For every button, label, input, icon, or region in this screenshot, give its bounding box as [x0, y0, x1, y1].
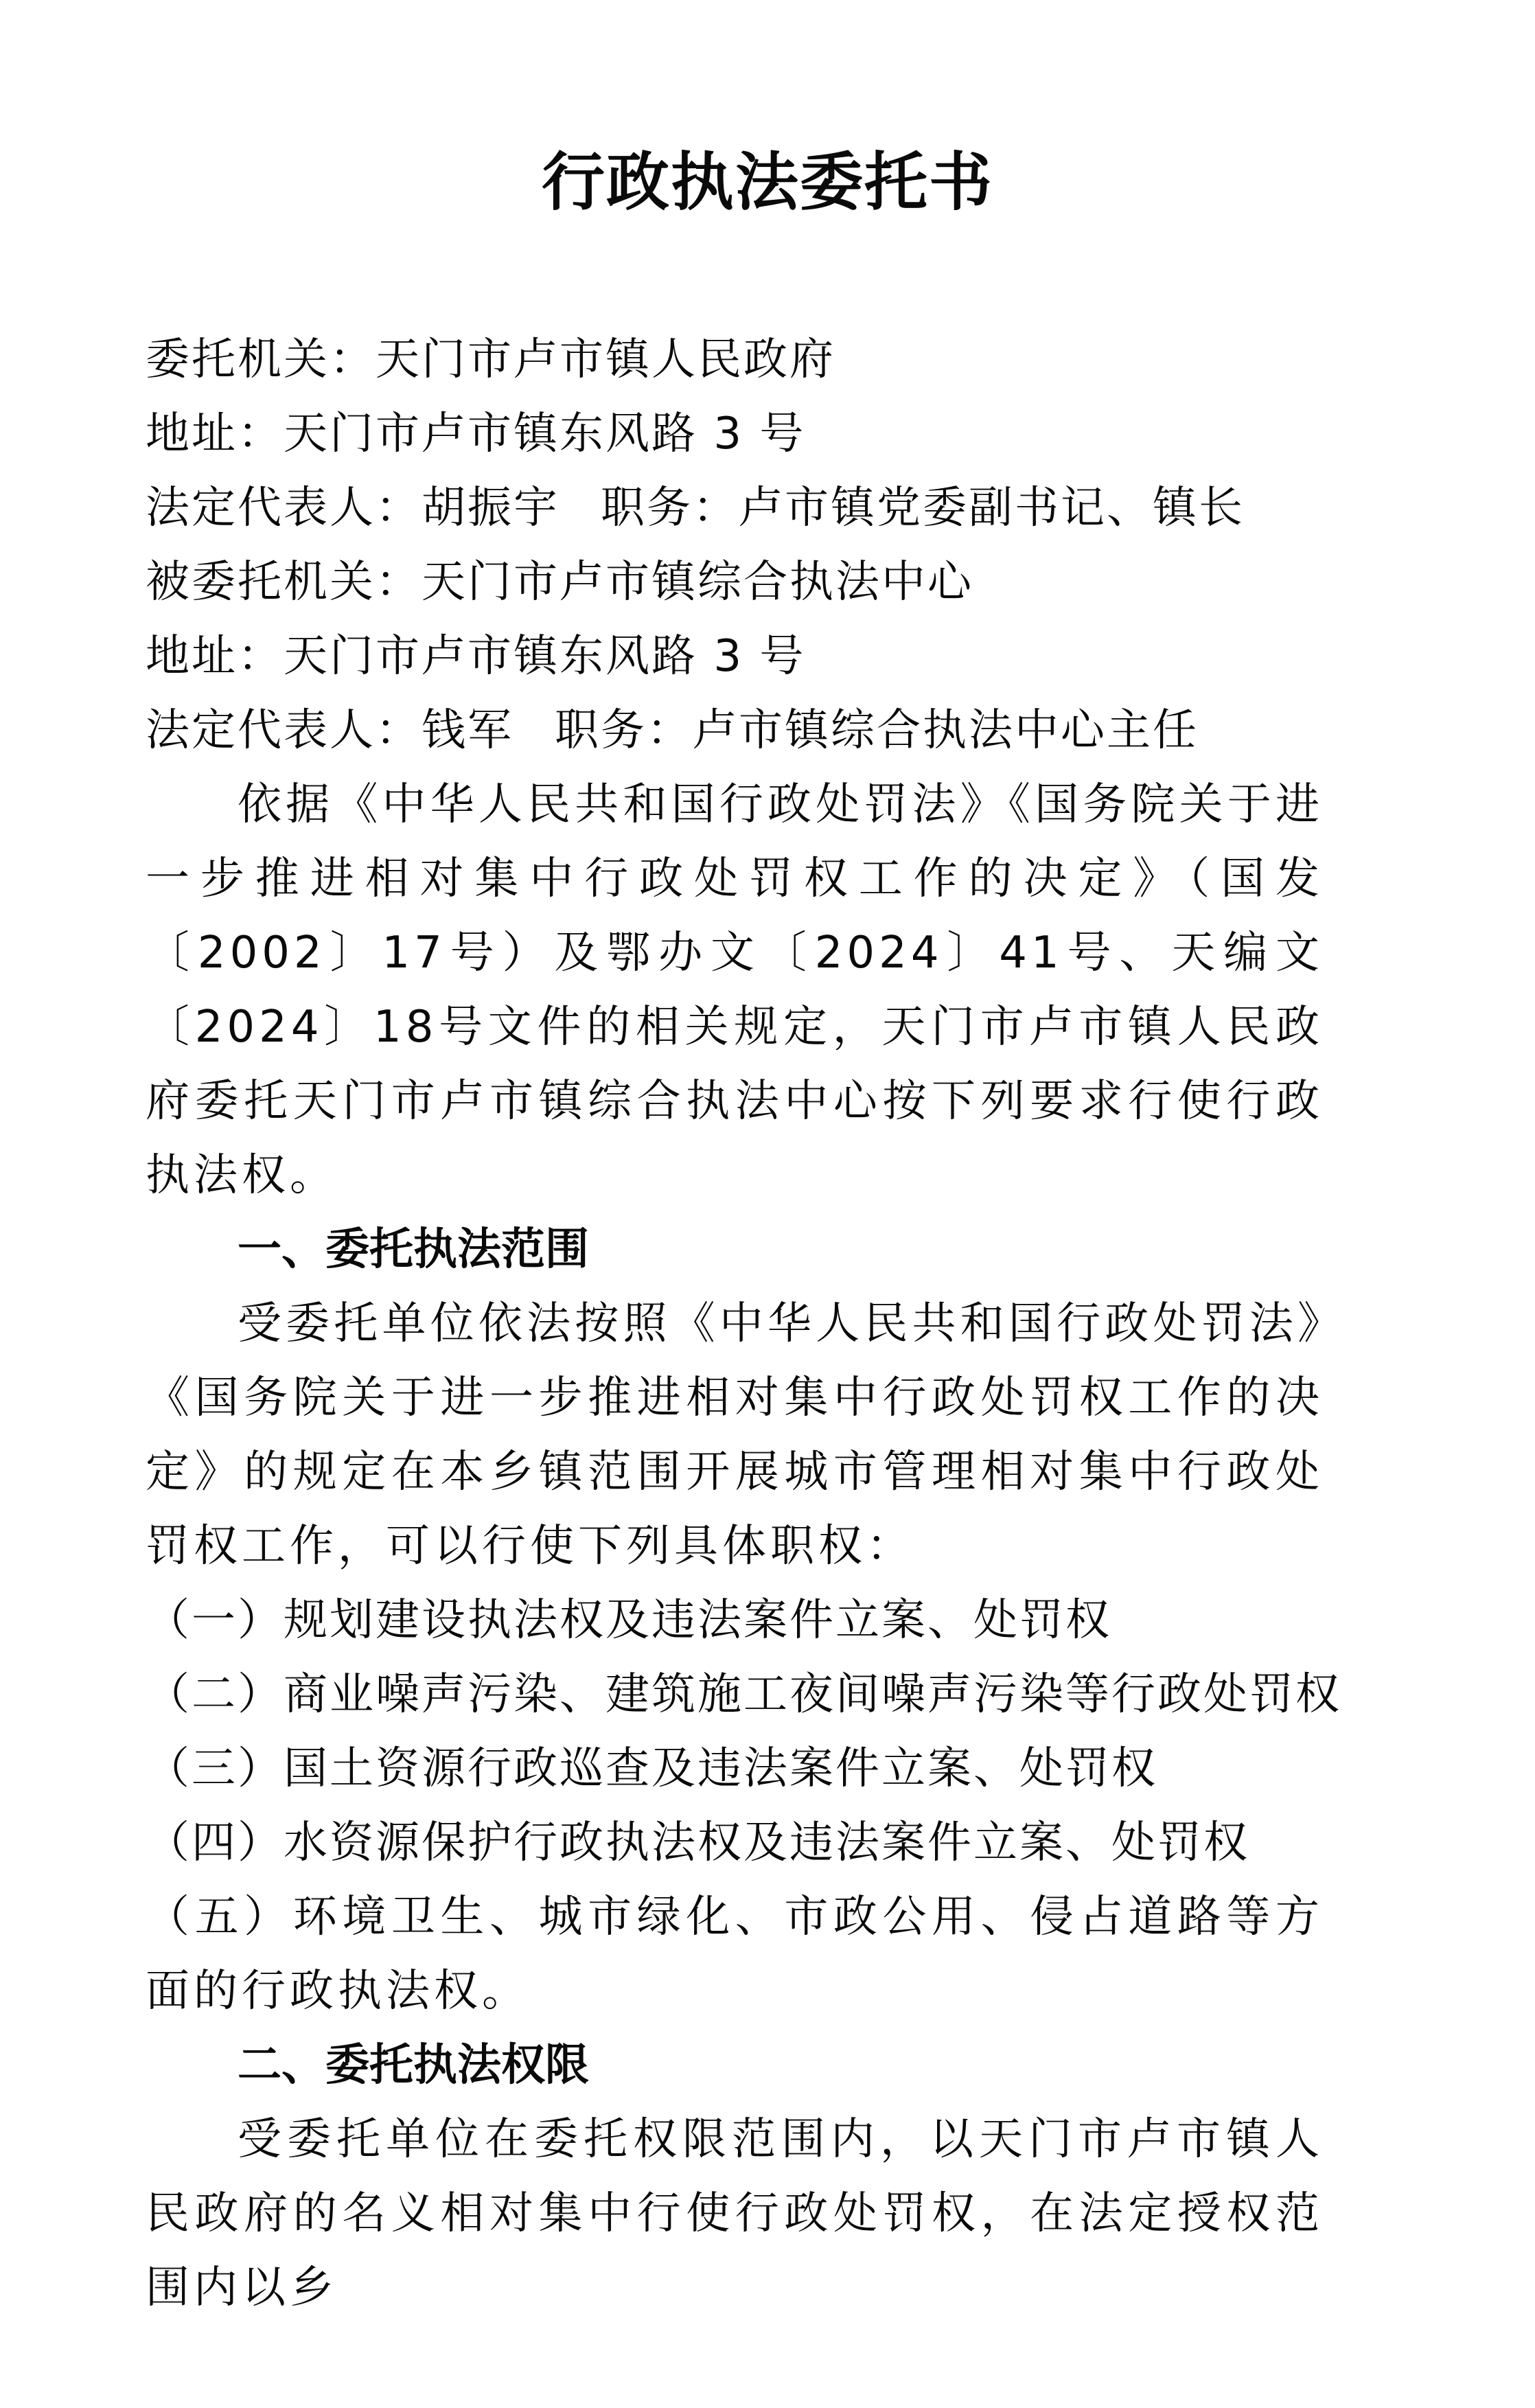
field-label: 法定代表人：: [146, 483, 422, 534]
field-value: 天门市卢市镇东风路 3 号: [284, 409, 805, 459]
field-label: 法定代表人：: [146, 705, 422, 756]
field-entrusting-authority: 委托机关：天门市卢市镇人民政府: [146, 323, 1324, 397]
field-value: 天门市卢市镇人民政府: [376, 334, 835, 385]
field-entrusted-representative: 法定代表人：钱军职务：卢市镇综合执法中心主任: [146, 693, 1324, 768]
scope-item-3: （三）国土资源行政巡查及违法案件立案、处罚权: [146, 1732, 1324, 1806]
field-label: 地址：: [146, 631, 284, 682]
field-entrusted-address: 地址：天门市卢市镇东风路 3 号: [146, 619, 1324, 693]
role-value: 卢市镇综合执法中心主任: [693, 705, 1199, 756]
section-paragraph-authority: 受委托单位在委托权限范围内，以天门市卢市镇人民政府的名义相对集中行使行政处罚权，…: [146, 2102, 1324, 2325]
scope-item-5: （五）环境卫生、城市绿化、市政公用、侵占道路等方面的行政执法权。: [146, 1880, 1324, 2028]
field-label: 委托机关：: [146, 334, 376, 385]
intro-paragraph: 依据《中华人民共和国行政处罚法》《国务院关于进一步推进相对集中行政处罚权工作的决…: [146, 768, 1324, 1213]
field-label: 被委托机关：: [146, 557, 422, 608]
field-label: 地址：: [146, 409, 284, 459]
document-title: 行政执法委托书: [0, 141, 1535, 223]
section-heading-scope: 一、委托执法范围: [146, 1213, 1324, 1287]
section-heading-authority: 二、委托执法权限: [146, 2028, 1324, 2102]
scope-item-1: （一）规划建设执法权及违法案件立案、处罚权: [146, 1583, 1324, 1658]
field-entrusted-authority: 被委托机关：天门市卢市镇综合执法中心: [146, 545, 1324, 619]
role-value: 卢市镇党委副书记、镇长: [739, 483, 1245, 534]
document-page: 行政执法委托书 委托机关：天门市卢市镇人民政府 地址：天门市卢市镇东风路 3 号…: [0, 0, 1535, 2408]
field-value: 天门市卢市镇东风路 3 号: [284, 631, 805, 682]
section-paragraph-scope: 受委托单位依法按照《中华人民共和国行政处罚法》《国务院关于进一步推进相对集中行政…: [146, 1287, 1324, 1583]
role-label: 职务：: [601, 483, 739, 534]
field-value: 胡振宇: [422, 483, 559, 534]
field-value: 钱军: [422, 705, 513, 756]
field-entrusting-representative: 法定代表人：胡振宇职务：卢市镇党委副书记、镇长: [146, 471, 1324, 545]
scope-item-4: （四）水资源保护行政执法权及违法案件立案、处罚权: [146, 1806, 1324, 1880]
scope-item-2: （二）商业噪声污染、建筑施工夜间噪声污染等行政处罚权: [146, 1658, 1324, 1732]
document-body: 委托机关：天门市卢市镇人民政府 地址：天门市卢市镇东风路 3 号 法定代表人：胡…: [146, 323, 1324, 2325]
role-label: 职务：: [555, 705, 693, 756]
field-entrusting-address: 地址：天门市卢市镇东风路 3 号: [146, 397, 1324, 471]
field-value: 天门市卢市镇综合执法中心: [422, 557, 973, 608]
